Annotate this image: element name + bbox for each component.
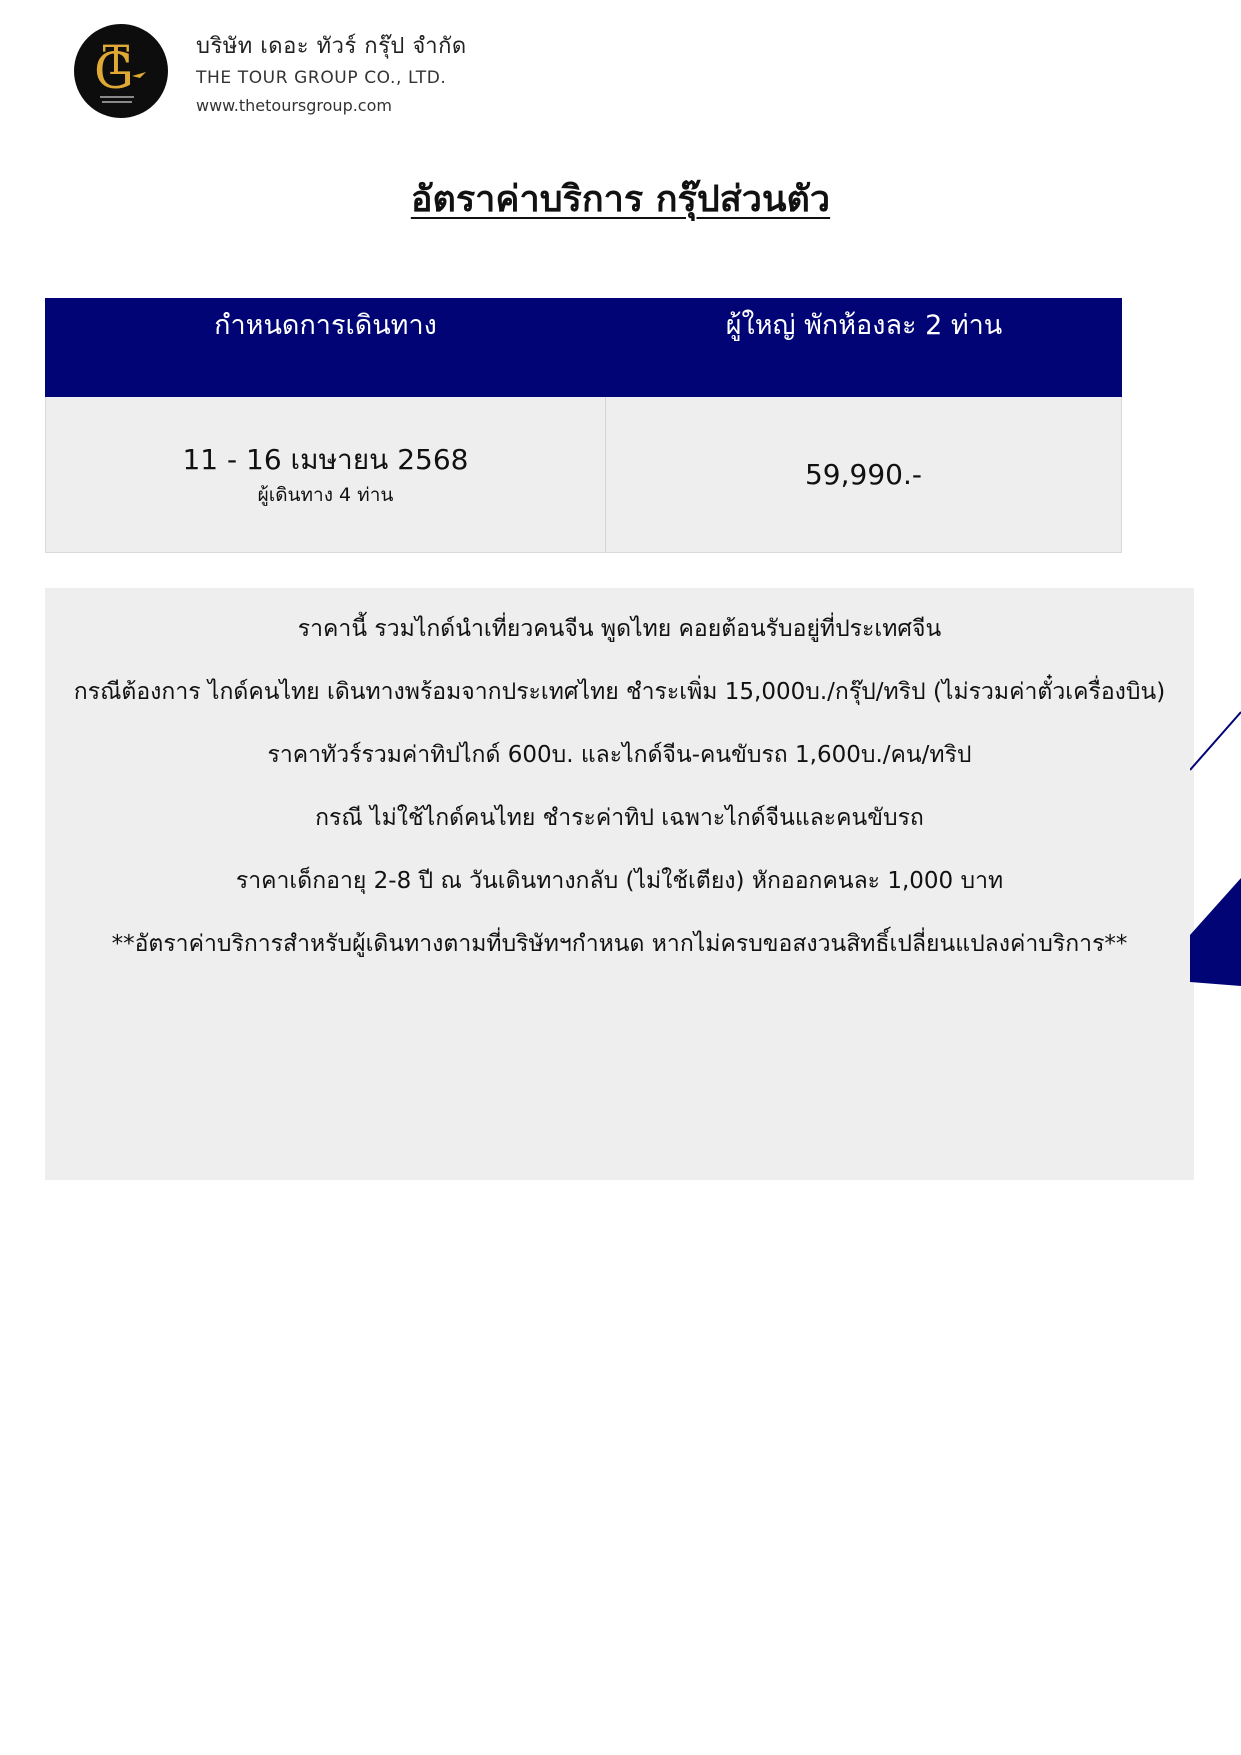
travel-dates: 11 - 16 เมษายน 2568: [182, 440, 468, 480]
company-name-th: บริษัท เดอะ ทัวร์ กรุ๊ป จำกัด: [196, 30, 467, 64]
notes-box: ราคานี้ รวมไกด์นำเที่ยวคนจีน พูดไทย คอยต…: [45, 588, 1194, 1180]
page-title: อัตราค่าบริการ กรุ๊ปส่วนตัว: [0, 176, 1241, 224]
tg-monogram-icon: G T: [74, 24, 168, 118]
company-name-en: THE TOUR GROUP CO., LTD.: [196, 64, 467, 92]
svg-text:T: T: [103, 38, 130, 84]
company-logo: G T: [74, 24, 168, 118]
note-rate-disclaimer: **อัตราค่าบริการสำหรับผู้เดินทางตามที่บร…: [45, 913, 1194, 976]
decorative-navy-shapes: [1190, 690, 1241, 990]
company-website: www.thetoursgroup.com: [196, 92, 467, 120]
company-info: บริษัท เดอะ ทัวร์ กรุ๊ป จำกัด THE TOUR G…: [196, 30, 467, 120]
page-title-text: อัตราค่าบริการ กรุ๊ปส่วนตัว: [411, 179, 830, 220]
travel-dates-cell: 11 - 16 เมษายน 2568 ผู้เดินทาง 4 ท่าน: [46, 397, 606, 552]
header-travel-dates: กำหนดการเดินทาง: [45, 298, 606, 397]
price-cell: 59,990.-: [606, 397, 1121, 552]
note-guide-included: ราคานี้ รวมไกด์นำเที่ยวคนจีน พูดไทย คอยต…: [45, 598, 1194, 661]
note-tips-without-thai-guide: กรณี ไม่ใช้ไกด์คนไทย ชำระค่าทิป เฉพาะไกด…: [45, 787, 1194, 850]
note-thai-guide-surcharge: กรณีต้องการ ไกด์คนไทย เดินทางพร้อมจากประ…: [45, 661, 1194, 724]
traveler-count: ผู้เดินทาง 4 ท่าน: [258, 480, 394, 510]
note-child-discount: ราคาเด็กอายุ 2-8 ปี ณ วันเดินทางกลับ (ไม…: [45, 850, 1194, 913]
adult-price: 59,990.-: [805, 458, 922, 491]
note-tips-included: ราคาทัวร์รวมค่าทิปไกด์ 600บ. และไกด์จีน-…: [45, 724, 1194, 787]
table-row: 11 - 16 เมษายน 2568 ผู้เดินทาง 4 ท่าน 59…: [45, 397, 1122, 553]
table-header: กำหนดการเดินทาง ผู้ใหญ่ พักห้องละ 2 ท่าน: [45, 298, 1122, 397]
header-adult-price: ผู้ใหญ่ พักห้องละ 2 ท่าน: [606, 298, 1122, 397]
rate-table: กำหนดการเดินทาง ผู้ใหญ่ พักห้องละ 2 ท่าน…: [45, 298, 1122, 553]
